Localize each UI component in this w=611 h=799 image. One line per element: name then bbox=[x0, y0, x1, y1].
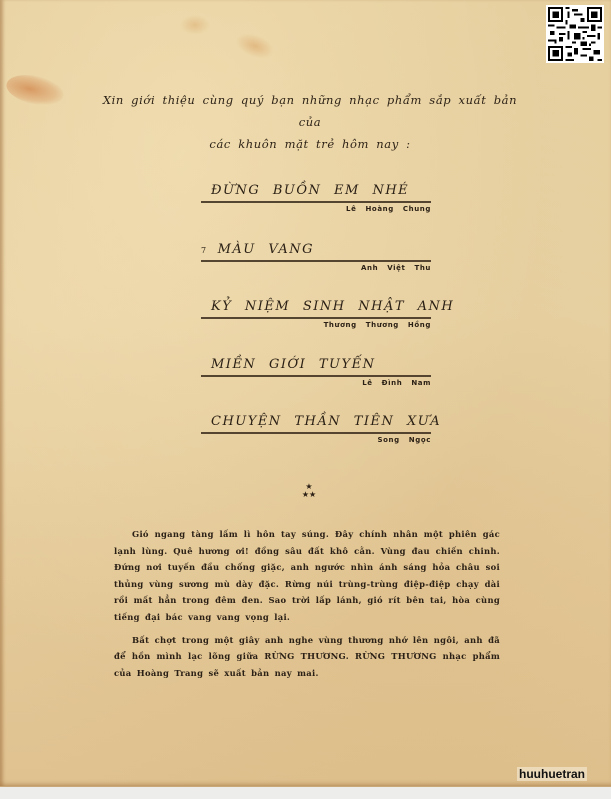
stars-icon: ★★ bbox=[298, 491, 320, 499]
qr-code-icon[interactable] bbox=[546, 5, 604, 63]
song-entry: KỶ NIỆM SINH NHẬT ANH Thương Thương Hồng bbox=[201, 299, 431, 329]
song-title-text: CHUYỆN THẦN TIÊN XƯA bbox=[211, 414, 441, 429]
song-entry: MIỀN GIỚI TUYẾN Lê Đình Nam bbox=[201, 357, 431, 387]
paper-stain bbox=[4, 70, 67, 109]
intro-line-1: Xin giới thiệu cùng quý bạn những nhạc p… bbox=[100, 89, 520, 133]
song-title: MIỀN GIỚI TUYẾN bbox=[201, 357, 431, 372]
song-author: Lê Hoàng Chung bbox=[201, 205, 431, 213]
song-underline bbox=[201, 201, 431, 203]
song-author: Thương Thương Hồng bbox=[201, 321, 431, 329]
song-entry: 7MÀU VANG Anh Việt Thu bbox=[201, 242, 431, 272]
promo-paragraph: Bất chợt trong một giây anh nghe vùng th… bbox=[114, 632, 500, 682]
song-author: Anh Việt Thu bbox=[201, 264, 431, 272]
song-title: CHUYỆN THẦN TIÊN XƯA bbox=[201, 414, 431, 429]
song-underline bbox=[201, 375, 431, 377]
intro-line-2: các khuôn mặt trẻ hôm nay : bbox=[100, 133, 520, 155]
promo-text: Gió ngang tàng lấm lì hôn tay súng. Đây … bbox=[114, 526, 500, 687]
song-underline bbox=[201, 317, 431, 319]
song-author: Song Ngọc bbox=[201, 436, 431, 444]
song-title: ĐỪNG BUỒN EM NHÉ bbox=[201, 183, 431, 198]
song-author: Lê Đình Nam bbox=[201, 379, 431, 387]
scanned-page: Xin giới thiệu cùng quý bạn những nhạc p… bbox=[0, 0, 611, 787]
song-title-text: KỶ NIỆM SINH NHẬT ANH bbox=[211, 299, 454, 314]
promo-paragraph: Gió ngang tàng lấm lì hôn tay súng. Đây … bbox=[114, 526, 500, 626]
star-ornament-icon: ★ ★★ bbox=[298, 483, 320, 499]
song-underline bbox=[201, 432, 431, 434]
paper-stain bbox=[180, 15, 210, 35]
song-title-text: MIỀN GIỚI TUYẾN bbox=[211, 357, 375, 372]
intro-text: Xin giới thiệu cùng quý bạn những nhạc p… bbox=[100, 89, 520, 155]
song-number: 7 bbox=[201, 246, 208, 255]
song-title-text: MÀU VANG bbox=[218, 242, 314, 257]
watermark-label: huuhuetran bbox=[517, 767, 587, 781]
song-entry: CHUYỆN THẦN TIÊN XƯA Song Ngọc bbox=[201, 414, 431, 444]
paper-stain bbox=[232, 29, 277, 63]
song-entry: ĐỪNG BUỒN EM NHÉ Lê Hoàng Chung bbox=[201, 183, 431, 213]
song-title: 7MÀU VANG bbox=[201, 242, 431, 257]
song-underline bbox=[201, 260, 431, 262]
song-title-text: ĐỪNG BUỒN EM NHÉ bbox=[211, 183, 409, 198]
song-title: KỶ NIỆM SINH NHẬT ANH bbox=[201, 299, 431, 314]
